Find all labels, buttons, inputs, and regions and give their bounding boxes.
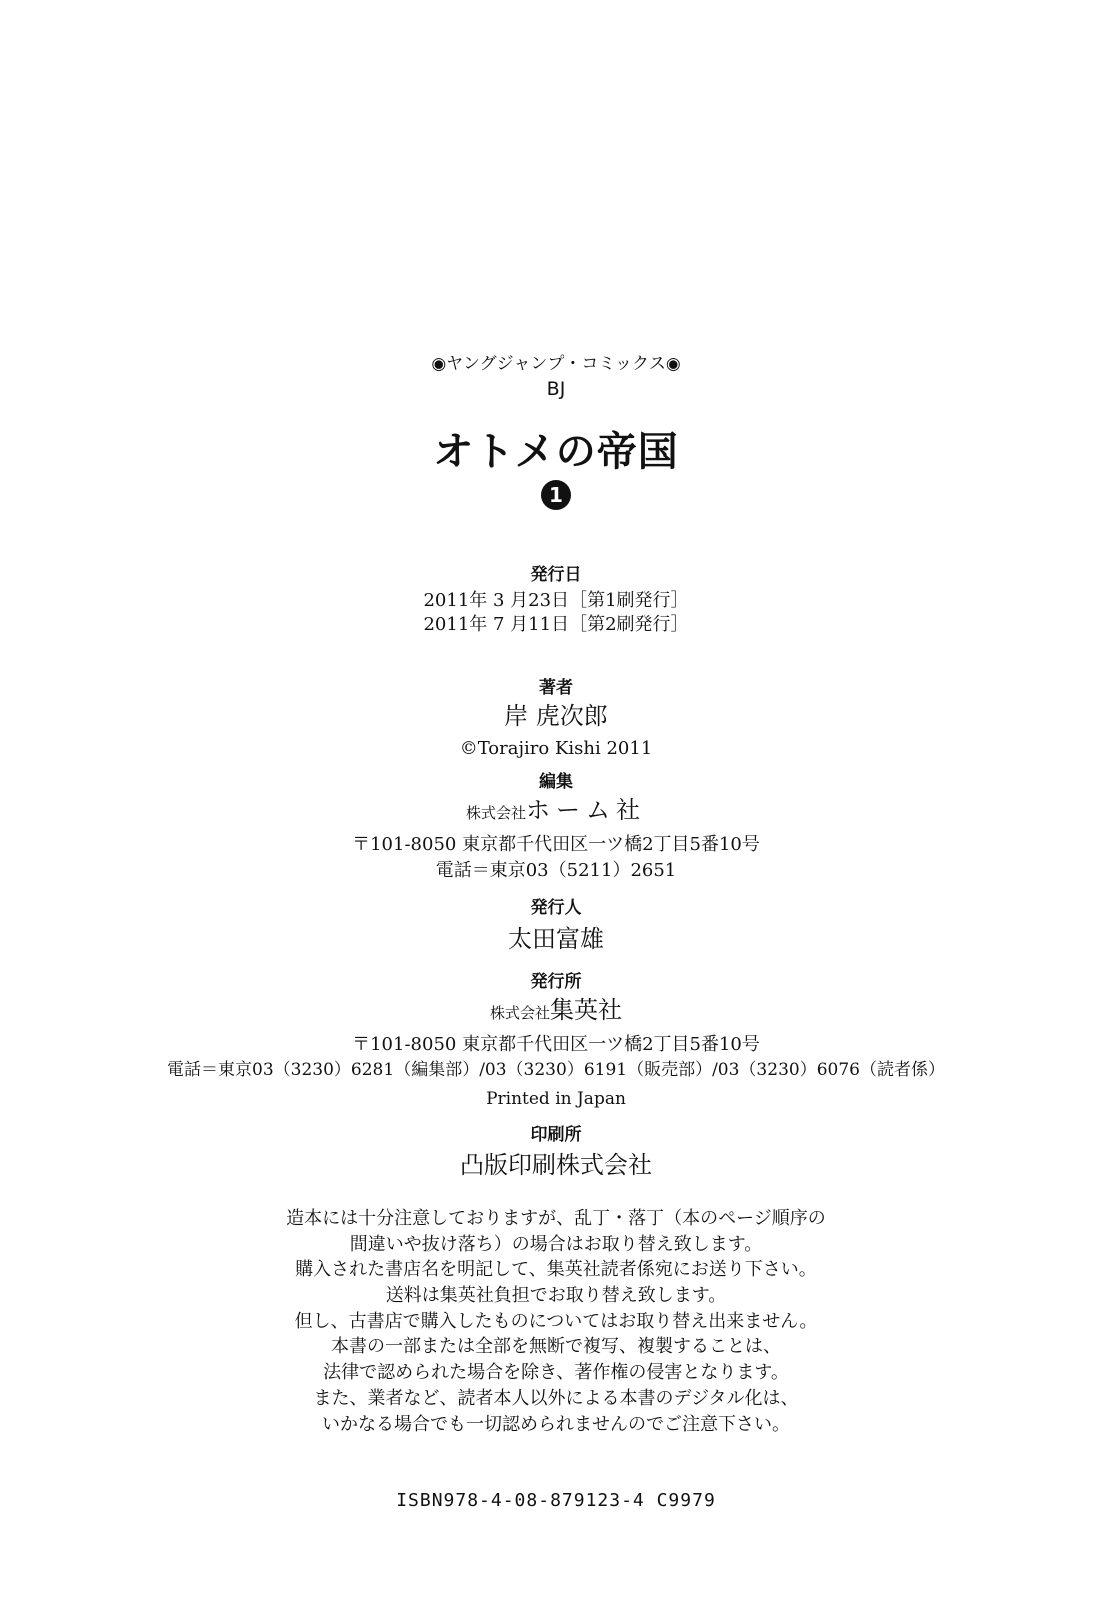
- publication-date-2: 2011年 7 月11日［第2刷発行］: [0, 616, 1112, 634]
- author-name: 岸 虎次郎: [0, 704, 1112, 728]
- editor-phone: 電話＝東京03（5211）2651: [0, 862, 1112, 880]
- author-heading: 著者: [0, 680, 1112, 697]
- volume-badge: 1: [0, 480, 1112, 510]
- series-label: ◉ヤングジャンプ・コミックス◉: [0, 356, 1112, 373]
- isbn-code: ISBN978-4-08-879123-4 C9979: [0, 1492, 1112, 1510]
- editor-company: 株式会社ホーム社: [0, 798, 1112, 822]
- notice-line: 法律で認められた場合を除き、著作権の侵害となります。: [0, 1364, 1112, 1382]
- publisher-company: 株式会社集英社: [0, 998, 1112, 1022]
- notice-line: いかなる場合でも一切認められませんのでご注意下さい。: [0, 1416, 1112, 1434]
- notice-line: 間違いや抜け落ち）の場合はお取り替え致します。: [0, 1236, 1112, 1254]
- publisher-company-prefix: 株式会社: [490, 1004, 550, 1022]
- notice-line: 本書の一部または全部を無断で複写、複製することは、: [0, 1338, 1112, 1356]
- publication-date-1: 2011年 3 月23日［第1刷発行］: [0, 592, 1112, 610]
- editor-address: 〒101-8050 東京都千代田区一ツ橋2丁目5番10号: [0, 836, 1112, 854]
- publisher-heading: 発行所: [0, 974, 1112, 991]
- publisher-person-heading: 発行人: [0, 900, 1112, 917]
- editor-company-name: ホーム社: [526, 796, 646, 824]
- imprint-label: BJ: [0, 380, 1112, 399]
- notice-line: 但し、古書店で購入したものについてはお取り替え出来ません。: [0, 1313, 1112, 1331]
- notice-line: 造本には十分注意しておりますが、乱丁・落丁（本のページ順序の: [0, 1210, 1112, 1228]
- notice-line: 購入された書店名を明記して、集英社読者係宛にお送り下さい。: [0, 1261, 1112, 1279]
- printer-name: 凸版印刷株式会社: [0, 1153, 1112, 1177]
- publisher-phone: 電話＝東京03（3230）6281（編集部）/03（3230）6191（販売部）…: [0, 1062, 1112, 1079]
- publisher-company-name: 集英社: [550, 996, 622, 1024]
- author-copyright: ©Torajiro Kishi 2011: [0, 740, 1112, 758]
- editor-heading: 編集: [0, 774, 1112, 791]
- printed-in-label: Printed in Japan: [0, 1091, 1112, 1108]
- volume-number: 1: [541, 480, 571, 510]
- publisher-person-name: 太田富雄: [0, 927, 1112, 951]
- publisher-address: 〒101-8050 東京都千代田区一ツ橋2丁目5番10号: [0, 1036, 1112, 1054]
- publication-date-heading: 発行日: [0, 567, 1112, 584]
- book-title: オトメの帝国: [0, 432, 1112, 472]
- editor-company-prefix: 株式会社: [466, 804, 526, 822]
- notice-line: 送料は集英社負担でお取り替え致します。: [0, 1287, 1112, 1305]
- notice-line: また、業者など、読者本人以外による本書のデジタル化は、: [0, 1390, 1112, 1408]
- printer-heading: 印刷所: [0, 1127, 1112, 1144]
